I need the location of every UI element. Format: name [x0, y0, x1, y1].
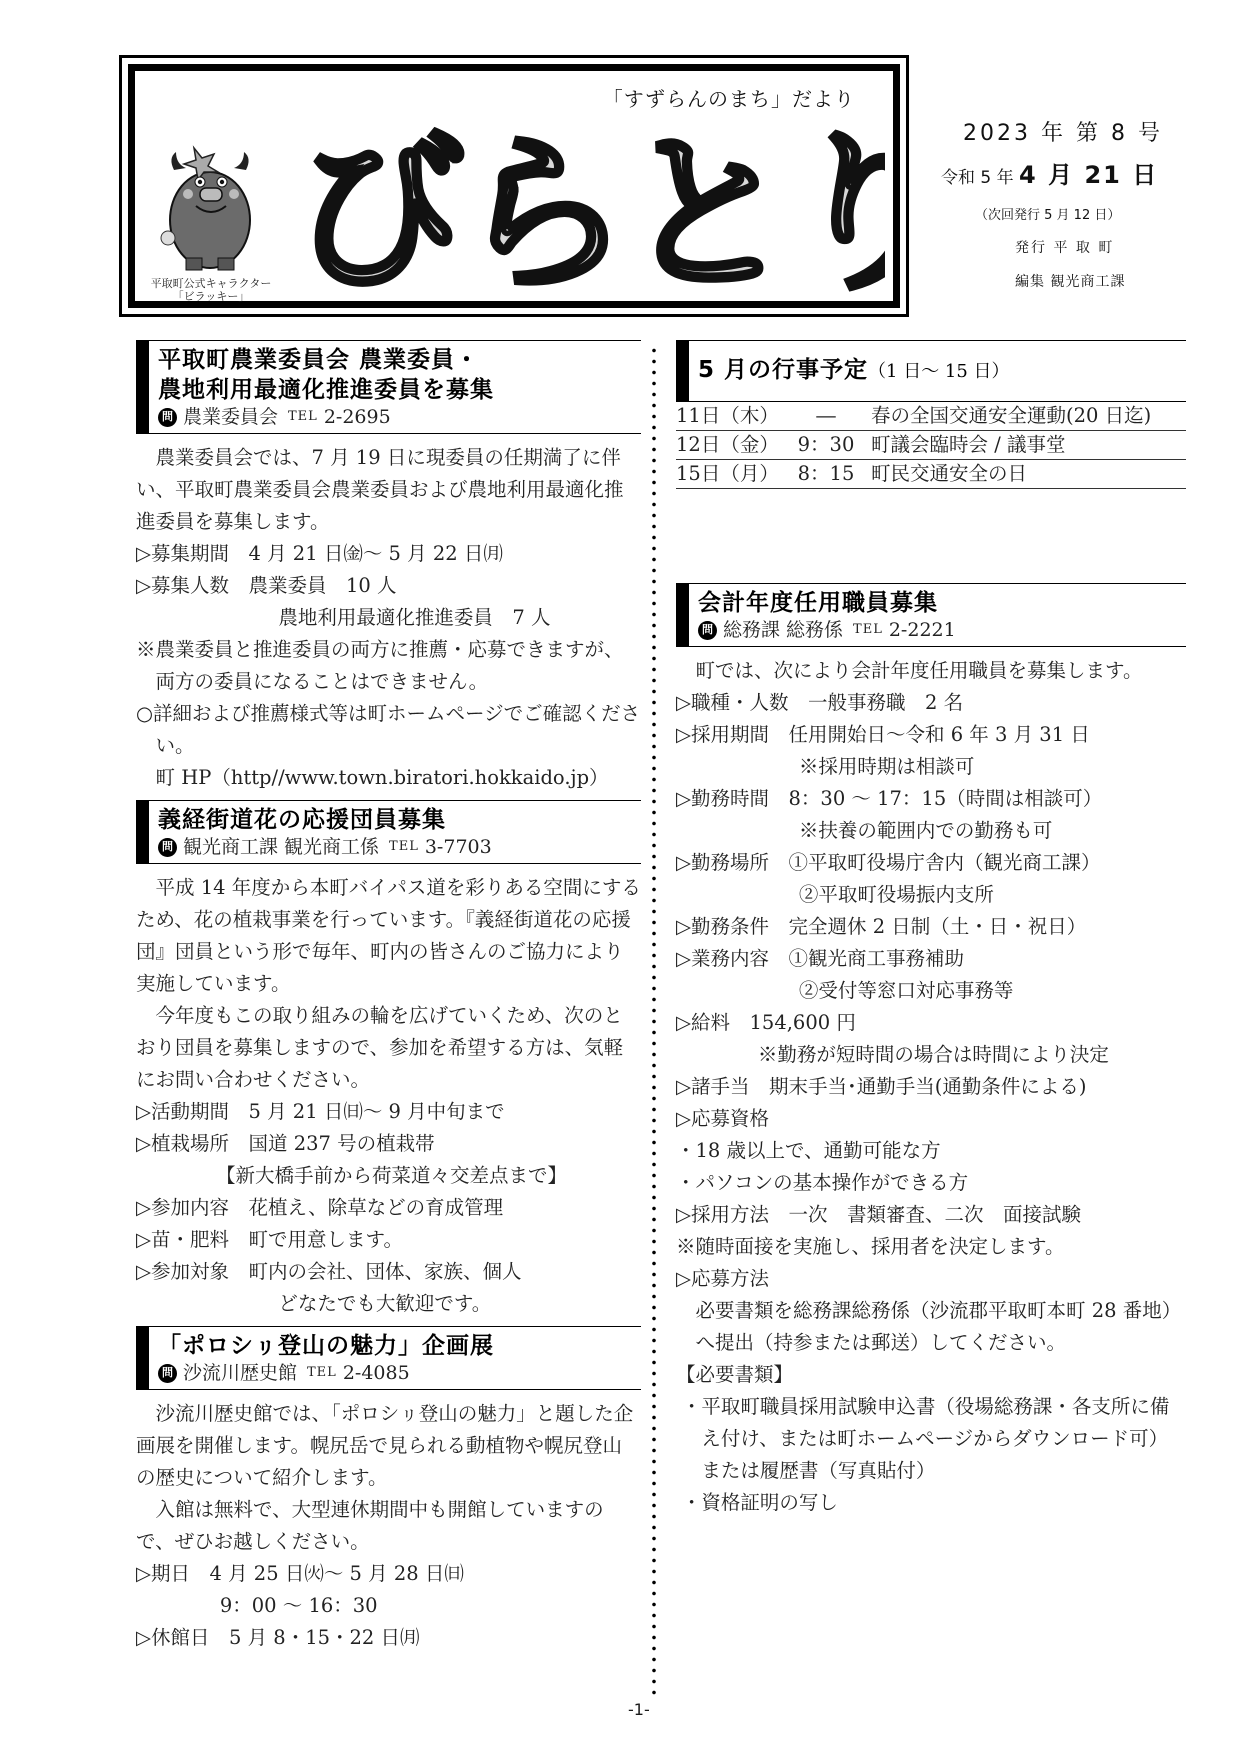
qualification-item: ・18 歳以上で、通勤可能な方 [676, 1135, 1186, 1167]
info-note: ※勤務が短時間の場合は時間により決定 [676, 1039, 1186, 1071]
info-key: ▷採用期間 [676, 719, 769, 751]
tel-label: TEL [307, 1361, 337, 1385]
info-row: ▷応募資格 [676, 1103, 1186, 1135]
qualification-item: ・パソコンの基本操作ができる方 [676, 1167, 1186, 1199]
info-value: 5 月 21 日㈰～ 9 月中旬まで [249, 1096, 505, 1128]
left-column: 平取町農業委員会 農業委員・ 農地利用最適化推進委員を募集 問 農業委員会 TE… [136, 340, 641, 1654]
column-divider [652, 345, 656, 1695]
section-header-flower: 義経街道花の応援団員募集 問 観光商工課 観光商工係 TEL 3-7703 [136, 800, 641, 864]
section-title-schedule: 5 月の行事予定（1 日～ 15 日） [698, 355, 1186, 387]
info-row: ▷休館日5 月 8・15・22 日㈪ [136, 1622, 641, 1654]
info-row: ▷苗・肥料町で用意します。 [136, 1224, 641, 1256]
newsletter-title-text: びらとり [295, 116, 885, 303]
info-row: ▷参加対象町内の会社、団体、家族、個人 [136, 1256, 641, 1288]
schedule-event: 町民交通安全の日 [871, 460, 1186, 489]
contact-org: 沙流川歴史館 [183, 1361, 297, 1385]
contact-tel: 3-7703 [425, 835, 492, 859]
info-key: ▷参加対象 [136, 1256, 229, 1288]
issue-info: 2023 年 第 8 号 令和 5 年 4 月 21 日 （次回発行 5 月 1… [935, 116, 1185, 291]
info-note: ※随時面接を実施し、採用者を決定します。 [676, 1231, 1186, 1263]
info-key: ▷苗・肥料 [136, 1224, 229, 1256]
info-key: ▷期日 [136, 1558, 190, 1590]
section-title-agri: 平取町農業委員会 農業委員・ 農地利用最適化推進委員を募集 [158, 345, 641, 405]
info-key: ▷募集人数 [136, 570, 229, 602]
info-row: ▷植栽場所国道 237 号の植栽帯 [136, 1128, 641, 1160]
info-row: ▷諸手当期末手当･通勤手当(通勤条件による) [676, 1071, 1186, 1103]
issue-date: 令和 5 年 4 月 21 日 [941, 155, 1185, 190]
mascot-caption-line2: 「ビラッキー」 [146, 290, 276, 303]
section-title-staff: 会計年度任用職員募集 [698, 588, 1186, 618]
homepage-link[interactable]: 町 HP（http//www.town.biratori.hokkaido.jp… [136, 762, 641, 794]
tel-label: TEL [389, 835, 419, 859]
schedule-time: ― [781, 402, 871, 431]
title-line2: 農地利用最適化推進委員を募集 [158, 375, 641, 405]
info-key: ▷募集期間 [136, 538, 229, 570]
info-continuation: ②平取町役場振内支所 [676, 879, 1186, 911]
contact-info: 問 観光商工課 観光商工係 TEL 3-7703 [158, 835, 641, 859]
page-number: -1- [628, 1700, 650, 1719]
info-key: ▷活動期間 [136, 1096, 229, 1128]
info-row: ▷職種・人数一般事務職 2 名 [676, 687, 1186, 719]
inquiry-icon: 問 [698, 621, 717, 640]
contact-tel: 2-2695 [324, 405, 391, 429]
contact-info: 問 農業委員会 TEL 2-2695 [158, 405, 641, 429]
newsletter-title: びらとり [285, 103, 885, 303]
note: ○詳細および推薦様式等は町ホームページでご確認ください。 [136, 698, 641, 762]
tel-label: TEL [853, 618, 883, 642]
info-value: 町内の会社、団体、家族、個人 [249, 1256, 522, 1288]
info-key: ▷勤務条件 [676, 911, 769, 943]
info-row: ▷勤務条件完全週休 2 日制（土・日・祝日） [676, 911, 1186, 943]
section-title-flower: 義経街道花の応援団員募集 [158, 805, 641, 835]
info-value: 任用開始日～令和 6 年 3 月 31 日 [789, 719, 1090, 751]
paragraph: 入館は無料で、大型連休期間中も開館していますので、ぜひお越しください。 [136, 1494, 641, 1558]
schedule-date: 12日（金） [676, 431, 781, 460]
publisher: 発行 平 取 町 [1015, 237, 1185, 257]
paragraph: 今年度もこの取り組みの輪を広げていくため、次のとおり団員を募集しますので、参加を… [136, 1000, 641, 1096]
intro-paragraph: 町では、次により会計年度任用職員を募集します。 [676, 655, 1186, 687]
info-value: ①平取町役場庁舎内（観光商工課） [789, 847, 1101, 879]
inquiry-icon: 問 [158, 1364, 177, 1383]
schedule-range: （1 日～ 15 日） [868, 361, 1010, 382]
table-row: 12日（金） 9：30 町議会臨時会 / 議事堂 [676, 431, 1186, 460]
schedule-date: 15日（月） [676, 460, 781, 489]
contact-tel: 2-2221 [889, 618, 956, 642]
info-row: ▷活動期間5 月 21 日㈰～ 9 月中旬まで [136, 1096, 641, 1128]
schedule-date: 11日（木） [676, 402, 781, 431]
info-key: ▷諸手当 [676, 1071, 750, 1103]
tel-label: TEL [288, 405, 318, 429]
info-note: ※扶養の範囲内での勤務も可 [676, 815, 1186, 847]
info-note: ※採用時期は相談可 [676, 751, 1186, 783]
issue-date-bold: 4 月 21 日 [1019, 161, 1158, 189]
contact-org: 農業委員会 [183, 405, 278, 429]
required-docs-heading: 【必要書類】 [676, 1359, 1186, 1391]
paragraph: 沙流川歴史館では、「ポロシㇼ登山の魅力」と題した企画展を開催します。幌尻岳で見ら… [136, 1398, 641, 1494]
info-key: ▷応募資格 [676, 1103, 769, 1135]
schedule-event: 春の全国交通安全運動(20 日迄) [871, 402, 1186, 431]
info-key: ▷応募方法 [676, 1263, 769, 1295]
info-continuation: 【新大橋手前から荷菜道々交差点まで】 [136, 1160, 641, 1192]
inquiry-icon: 問 [158, 408, 177, 427]
table-row: 11日（木） ― 春の全国交通安全運動(20 日迄) [676, 402, 1186, 431]
info-key: ▷参加内容 [136, 1192, 229, 1224]
info-key: ▷採用方法 [676, 1199, 769, 1231]
info-continuation: ②受付等窓口対応事務等 [676, 975, 1186, 1007]
info-value: 国道 237 号の植栽帯 [249, 1128, 435, 1160]
section-body-porosir: 沙流川歴史館では、「ポロシㇼ登山の魅力」と題した企画展を開催します。幌尻岳で見ら… [136, 1398, 641, 1654]
section-body-agri: 農業委員会では、7 月 19 日に現委員の任期満了に伴い、平取町農業委員会農業委… [136, 442, 641, 794]
info-row: ▷採用方法一次 書類審査、二次 面接試験 [676, 1199, 1186, 1231]
info-value: 4 月 25 日㈫～ 5 月 28 日㈰ [210, 1558, 464, 1590]
info-key: ▷給料 [676, 1007, 730, 1039]
issue-number: 2023 年 第 8 号 [963, 116, 1185, 147]
info-key: ▷業務内容 [676, 943, 769, 975]
info-value: 農業委員 10 人 [249, 570, 397, 602]
info-row: ▷勤務時間8：30 ～ 17：15（時間は相談可） [676, 783, 1186, 815]
issue-era-year: 令和 5 年 [941, 168, 1014, 188]
info-row: ▷応募方法 [676, 1263, 1186, 1295]
mascot-bull-icon [160, 140, 260, 275]
info-value: 町で用意します。 [249, 1224, 403, 1256]
info-value: 花植え、除草などの育成管理 [249, 1192, 504, 1224]
info-value: 期末手当･通勤手当(通勤条件による) [769, 1071, 1086, 1103]
info-value: 5 月 8・15・22 日㈪ [229, 1622, 420, 1654]
section-title-porosir: 「ポロシㇼ登山の魅力」企画展 [158, 1331, 641, 1361]
contact-info: 問 総務課 総務係 TEL 2-2221 [698, 618, 1186, 642]
inquiry-icon: 問 [158, 838, 177, 857]
info-key: ▷勤務時間 [676, 783, 769, 815]
required-doc-item: ・平取町職員採用試験申込書（役場総務課・各支所に備え付け、または町ホームページか… [682, 1391, 1186, 1487]
info-row: ▷勤務場所①平取町役場庁舎内（観光商工課） [676, 847, 1186, 879]
info-value: 完全週休 2 日制（土・日・祝日） [789, 911, 1087, 943]
paragraph: 平成 14 年度から本町バイパス道を彩りある空間にするため、花の植栽事業を行って… [136, 872, 641, 1000]
info-value: 一般事務職 2 名 [808, 687, 963, 719]
contact-org: 総務課 総務係 [723, 618, 843, 642]
info-key: ▷植栽場所 [136, 1128, 229, 1160]
info-key: ▷勤務場所 [676, 847, 769, 879]
schedule-time: 9：30 [781, 431, 871, 460]
info-value: ①観光商工事務補助 [789, 943, 965, 975]
info-key: ▷休館日 [136, 1622, 210, 1654]
section-body-flower: 平成 14 年度から本町バイパス道を彩りある空間にするため、花の植栽事業を行って… [136, 872, 641, 1320]
info-key: ▷職種・人数 [676, 687, 789, 719]
info-value: 一次 書類審査、二次 面接試験 [789, 1199, 1082, 1231]
info-row: ▷募集期間4 月 21 日㈮～ 5 月 22 日㈪ [136, 538, 641, 570]
info-row: ▷期日4 月 25 日㈫～ 5 月 28 日㈰ [136, 1558, 641, 1590]
info-continuation: 農地利用最適化推進委員 7 人 [136, 602, 641, 634]
contact-info: 問 沙流川歴史館 TEL 2-4085 [158, 1361, 641, 1385]
info-continuation: 9：00 ～ 16：30 [136, 1590, 641, 1622]
section-header-staff: 会計年度任用職員募集 問 総務課 総務係 TEL 2-2221 [676, 583, 1186, 647]
contact-org: 観光商工課 観光商工係 [183, 835, 379, 859]
editor: 編集 観光商工課 [1015, 271, 1185, 291]
note: ※農業委員と推進委員の両方に推薦・応募できますが、両方の委員になることはできませ… [136, 634, 641, 698]
section-header-agri: 平取町農業委員会 農業委員・ 農地利用最適化推進委員を募集 問 農業委員会 TE… [136, 340, 641, 434]
section-body-staff: 町では、次により会計年度任用職員を募集します。 ▷職種・人数一般事務職 2 名 … [676, 655, 1186, 1519]
next-issue: （次回発行 5 月 12 日） [975, 204, 1185, 223]
mascot-caption-line1: 平取町公式キャラクター [146, 277, 276, 290]
section-header-porosir: 「ポロシㇼ登山の魅力」企画展 問 沙流川歴史館 TEL 2-4085 [136, 1326, 641, 1390]
schedule-time: 8：15 [781, 460, 871, 489]
right-column: 5 月の行事予定（1 日～ 15 日） 11日（木） ― 春の全国交通安全運動(… [676, 340, 1186, 1519]
schedule-event: 町議会臨時会 / 議事堂 [871, 431, 1186, 460]
info-row: ▷給料154,600 円 [676, 1007, 1186, 1039]
apply-instructions: 必要書類を総務課総務係（沙流郡平取町本町 28 番地）へ提出（持参または郵送）し… [676, 1295, 1186, 1359]
contact-tel: 2-4085 [343, 1361, 410, 1385]
required-doc-item: ・資格証明の写し [682, 1487, 1186, 1519]
info-value: 8：30 ～ 17：15（時間は相談可） [789, 783, 1103, 815]
info-row: ▷採用期間任用開始日～令和 6 年 3 月 31 日 [676, 719, 1186, 751]
mascot-caption: 平取町公式キャラクター 「ビラッキー」 [146, 277, 276, 303]
info-row: ▷業務内容①観光商工事務補助 [676, 943, 1186, 975]
table-row: 15日（月） 8：15 町民交通安全の日 [676, 460, 1186, 489]
info-continuation: どなたでも大歓迎です。 [136, 1288, 641, 1320]
intro-paragraph: 農業委員会では、7 月 19 日に現委員の任期満了に伴い、平取町農業委員会農業委… [136, 442, 641, 538]
info-value: 154,600 円 [750, 1007, 856, 1039]
section-header-schedule: 5 月の行事予定（1 日～ 15 日） [676, 340, 1186, 402]
info-row: ▷参加内容花植え、除草などの育成管理 [136, 1192, 641, 1224]
schedule-table: 11日（木） ― 春の全国交通安全運動(20 日迄) 12日（金） 9：30 町… [676, 402, 1186, 489]
info-row: ▷募集人数農業委員 10 人 [136, 570, 641, 602]
schedule-title: 5 月の行事予定 [698, 357, 868, 383]
title-line1: 平取町農業委員会 農業委員・ [158, 345, 641, 375]
info-value: 4 月 21 日㈮～ 5 月 22 日㈪ [249, 538, 503, 570]
